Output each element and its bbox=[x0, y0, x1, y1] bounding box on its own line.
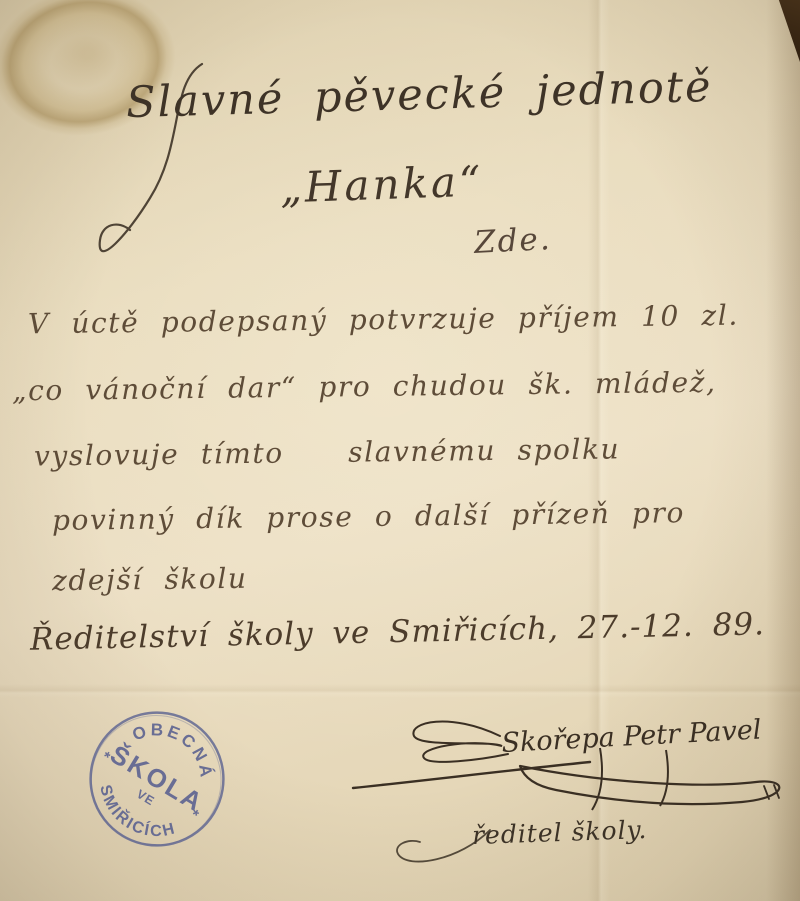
salutation-place: Zde. bbox=[473, 221, 552, 261]
salutation-line2: „Hanka“ bbox=[279, 156, 484, 212]
body-line: vyslovuje tímto slavnému spolku bbox=[34, 432, 621, 472]
school-stamp: OBECNÁ SMIŘICÍCH ŠKOLA VE * * bbox=[43, 665, 271, 893]
signature-name: Skořepa Petr Pavel bbox=[501, 714, 762, 759]
letter-page: Slavné pěvecké jednotě „Hanka“ Zde. V úc… bbox=[0, 0, 800, 901]
body-line: V úctě podepsaný potvrzuje příjem 10 zl. bbox=[28, 299, 739, 341]
signature-title: ředitel školy. bbox=[472, 815, 648, 850]
body-line: „co vánoční dar“ pro chudou šk. mládež, bbox=[12, 366, 717, 408]
body-line: zdejší školu bbox=[52, 562, 248, 597]
signature: Skořepa Petr Pavel bbox=[350, 696, 798, 824]
dateline: Ředitelství školy ve Smiřicích, 27.-12. … bbox=[30, 606, 766, 657]
